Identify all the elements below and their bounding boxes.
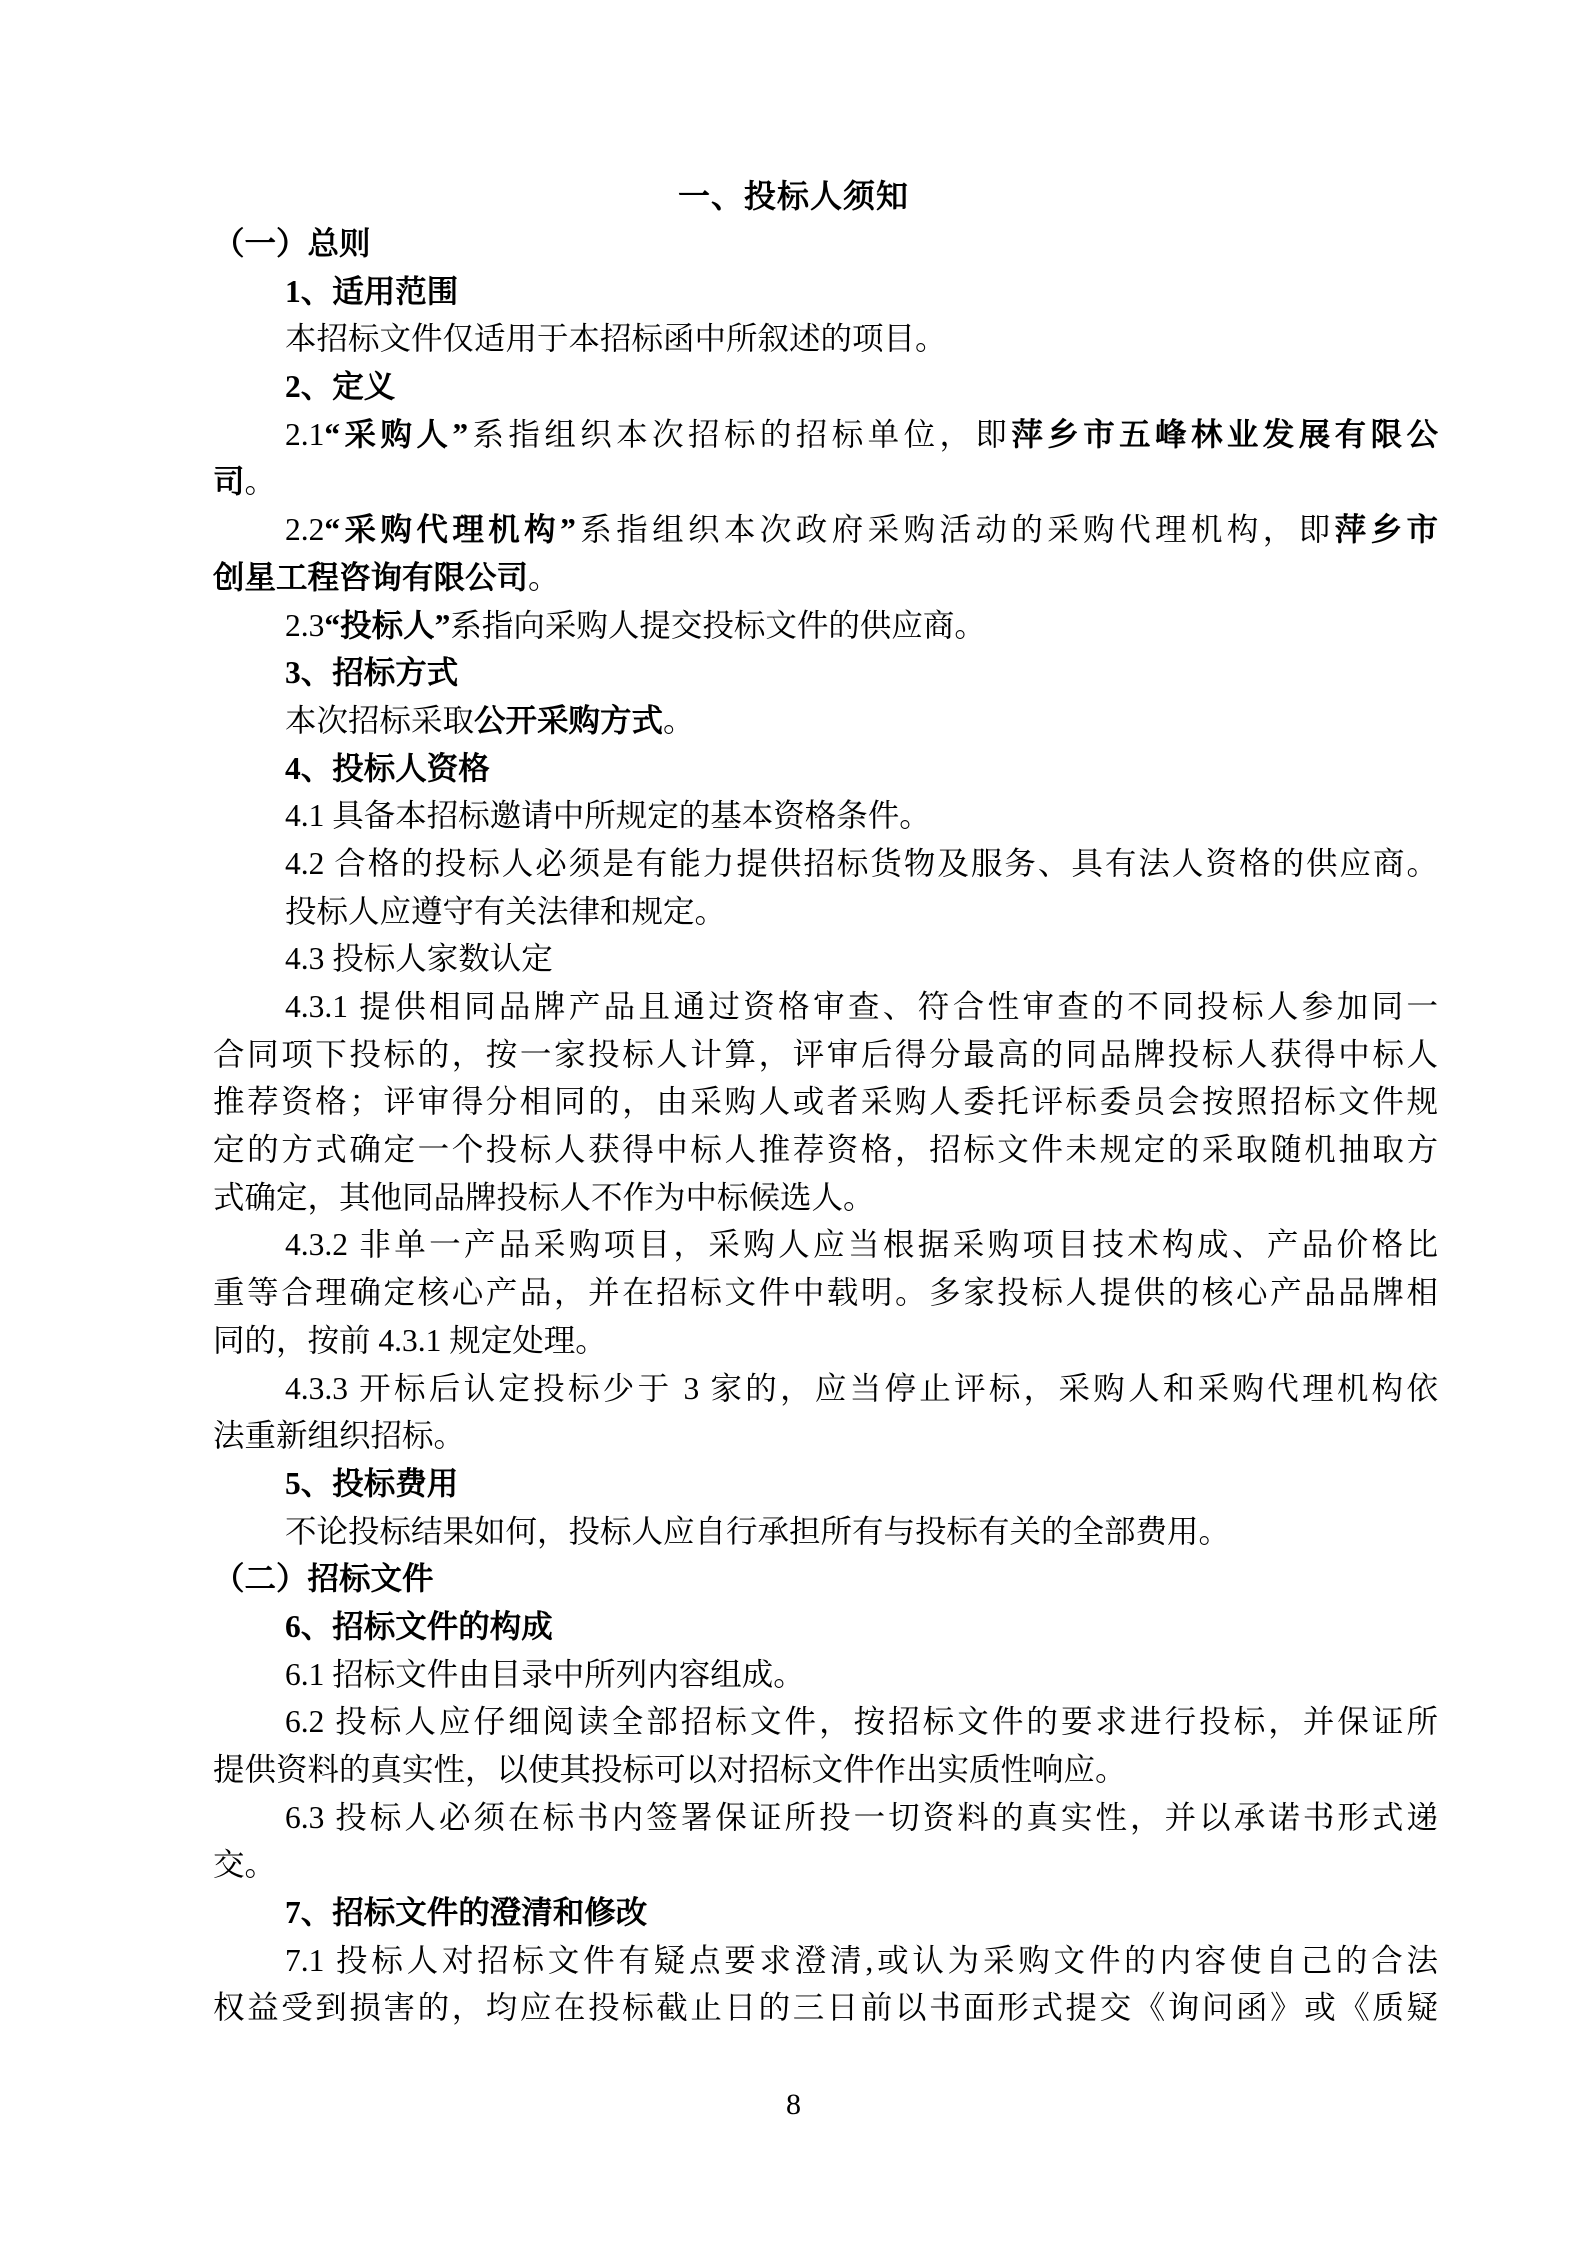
text-line: 2、定义	[213, 363, 1438, 411]
text-line: 3、招标方式	[213, 649, 1438, 697]
text-line: 推荐资格；评审得分相同的，由采购人或者采购人委托评标委员会按照招标文件规	[213, 1078, 1438, 1126]
text-segment: 4.3.3 开标后认定投标少于 3 家的，应当停止评标，采购人和采购代理机构依	[285, 1371, 1438, 1406]
text-segment: 4.2 合格的投标人必须是有能力提供招标货物及服务、具有法人资格的供应商。	[285, 846, 1438, 881]
text-segment: 4.1 具备本招标邀请中所规定的基本资格条件。	[285, 798, 931, 833]
text-line: 6.2 投标人应仔细阅读全部招标文件，按招标文件的要求进行投标，并保证所	[213, 1698, 1438, 1746]
document-body: （一）总则1、适用范围本招标文件仅适用于本招标函中所叙述的项目。2、定义2.1“…	[213, 220, 1438, 2032]
text-line: 4.1 具备本招标邀请中所规定的基本资格条件。	[213, 792, 1438, 840]
text-line: 6.3 投标人必须在标书内签署保证所投一切资料的真实性，并以承诺书形式递	[213, 1794, 1438, 1842]
text-line: 权益受到损害的，均应在投标截止日的三日前以书面形式提交《询问函》或《质疑	[213, 1984, 1438, 2032]
text-segment-bold: “采购代理机构”	[324, 512, 575, 547]
text-line: 本次招标采取公开采购方式。	[213, 697, 1438, 745]
text-segment: 2.1	[285, 417, 324, 452]
text-segment: 式确定，其他同品牌投标人不作为中标候选人。	[213, 1180, 875, 1215]
text-segment-bold: 3、招标方式	[285, 655, 458, 690]
text-line: 7、招标文件的澄清和修改	[213, 1889, 1438, 1937]
text-segment-bold: 萍乡市	[1335, 512, 1438, 547]
text-segment-bold: 7、招标文件的澄清和修改	[285, 1895, 647, 1930]
text-segment: 交。	[213, 1847, 276, 1882]
text-line: 司。	[213, 458, 1438, 506]
text-segment-bold: 1、适用范围	[285, 274, 458, 309]
text-segment: 系指组织本次政府采购活动的采购代理机构，即	[576, 512, 1335, 547]
text-segment-bold: 5、投标费用	[285, 1466, 458, 1501]
text-line: 2.1“采购人”系指组织本次招标的招标单位，即萍乡市五峰林业发展有限公	[213, 411, 1438, 459]
text-segment: 4.3 投标人家数认定	[285, 941, 553, 976]
text-line: 定的方式确定一个投标人获得中标人推荐资格，招标文件未规定的采取随机抽取方	[213, 1126, 1438, 1174]
text-line: 4.2 合格的投标人必须是有能力提供招标货物及服务、具有法人资格的供应商。	[213, 840, 1438, 888]
text-segment: 2.3	[285, 608, 324, 643]
text-line: 5、投标费用	[213, 1460, 1438, 1508]
text-segment: 7.1 投标人对招标文件有疑点要求澄清,或认为采购文件的内容使自己的合法	[285, 1943, 1438, 1978]
text-line: 2.3“投标人”系指向采购人提交投标文件的供应商。	[213, 602, 1438, 650]
text-line: 6、招标文件的构成	[213, 1603, 1438, 1651]
text-line: 合同项下投标的，按一家投标人计算，评审后得分最高的同品牌投标人获得中标人	[213, 1031, 1438, 1079]
text-segment: 本招标文件仅适用于本招标函中所叙述的项目。	[285, 321, 947, 356]
text-segment: 提供资料的真实性，以使其投标可以对招标文件作出实质性响应。	[213, 1752, 1127, 1787]
text-line: 1、适用范围	[213, 268, 1438, 316]
text-segment: 6.1 招标文件由目录中所列内容组成。	[285, 1657, 805, 1692]
text-segment: 合同项下投标的，按一家投标人计算，评审后得分最高的同品牌投标人获得中标人	[213, 1037, 1438, 1072]
text-segment-bold: “采购人”	[324, 417, 468, 452]
page-title: 一、投标人须知	[0, 172, 1587, 220]
text-line: 重等合理确定核心产品，并在招标文件中载明。多家投标人提供的核心产品品牌相	[213, 1269, 1438, 1317]
text-segment: 权益受到损害的，均应在投标截止日的三日前以书面形式提交《询问函》或《质疑	[213, 1990, 1438, 2025]
page-number: 8	[0, 2081, 1587, 2129]
text-line: 7.1 投标人对招标文件有疑点要求澄清,或认为采购文件的内容使自己的合法	[213, 1937, 1438, 1985]
text-segment-bold: 4、投标人资格	[285, 751, 490, 786]
text-line: 4.3.2 非单一产品采购项目，采购人应当根据采购项目技术构成、产品价格比	[213, 1221, 1438, 1269]
text-line: 不论投标结果如何，投标人应自行承担所有与投标有关的全部费用。	[213, 1508, 1438, 1556]
text-line: 交。	[213, 1841, 1438, 1889]
text-segment: 本次招标采取	[285, 703, 474, 738]
text-segment-bold: 2、定义	[285, 369, 395, 404]
text-segment: 2.2	[285, 512, 324, 547]
text-segment: 不论投标结果如何，投标人应自行承担所有与投标有关的全部费用。	[285, 1514, 1230, 1549]
text-segment: 6.2 投标人应仔细阅读全部招标文件，按招标文件的要求进行投标，并保证所	[285, 1704, 1438, 1739]
text-line: 4.3.1 提供相同品牌产品且通过资格审查、符合性审查的不同投标人参加同一	[213, 983, 1438, 1031]
text-segment-bold: （一）总则	[213, 226, 371, 261]
text-line: 式确定，其他同品牌投标人不作为中标候选人。	[213, 1174, 1438, 1222]
text-line: 创星工程咨询有限公司。	[213, 554, 1438, 602]
text-line: 本招标文件仅适用于本招标函中所叙述的项目。	[213, 315, 1438, 363]
text-segment: 同的，按前 4.3.1 规定处理。	[213, 1323, 607, 1358]
text-line: 4、投标人资格	[213, 745, 1438, 793]
text-line: 2.2“采购代理机构”系指组织本次政府采购活动的采购代理机构，即萍乡市	[213, 506, 1438, 554]
text-segment: 重等合理确定核心产品，并在招标文件中载明。多家投标人提供的核心产品品牌相	[213, 1275, 1438, 1310]
text-segment-bold: 司	[213, 464, 245, 499]
text-segment-bold: 创星工程咨询有限公司	[213, 560, 528, 595]
text-segment: 6.3 投标人必须在标书内签署保证所投一切资料的真实性，并以承诺书形式递	[285, 1800, 1438, 1835]
text-line: 4.3 投标人家数认定	[213, 935, 1438, 983]
text-segment-bold: （二）招标文件	[213, 1561, 434, 1596]
text-line: 提供资料的真实性，以使其投标可以对招标文件作出实质性响应。	[213, 1746, 1438, 1794]
text-segment-bold: 公开采购方式	[474, 703, 663, 738]
text-segment: 。	[245, 464, 277, 499]
text-line: 同的，按前 4.3.1 规定处理。	[213, 1317, 1438, 1365]
text-line: 6.1 招标文件由目录中所列内容组成。	[213, 1651, 1438, 1699]
text-segment-bold: 6、招标文件的构成	[285, 1609, 553, 1644]
text-segment: 定的方式确定一个投标人获得中标人推荐资格，招标文件未规定的采取随机抽取方	[213, 1132, 1438, 1167]
text-segment: 4.3.2 非单一产品采购项目，采购人应当根据采购项目技术构成、产品价格比	[285, 1227, 1438, 1262]
text-line: 4.3.3 开标后认定投标少于 3 家的，应当停止评标，采购人和采购代理机构依	[213, 1365, 1438, 1413]
text-segment: 系指组织本次招标的招标单位，即	[468, 417, 1011, 452]
text-segment-bold: 萍乡市五峰林业发展有限公	[1011, 417, 1438, 452]
text-segment: 4.3.1 提供相同品牌产品且通过资格审查、符合性审查的不同投标人参加同一	[285, 989, 1438, 1024]
text-segment: 系指向采购人提交投标文件的供应商。	[450, 608, 986, 643]
text-line: 投标人应遵守有关法律和规定。	[213, 888, 1438, 936]
document-page: 一、投标人须知 （一）总则1、适用范围本招标文件仅适用于本招标函中所叙述的项目。…	[0, 0, 1587, 2245]
text-line: （一）总则	[213, 220, 1438, 268]
text-segment: 投标人应遵守有关法律和规定。	[285, 894, 726, 929]
text-segment: 。	[528, 560, 560, 595]
text-line: 法重新组织招标。	[213, 1412, 1438, 1460]
text-segment: 法重新组织招标。	[213, 1418, 465, 1453]
text-segment: 推荐资格；评审得分相同的，由采购人或者采购人委托评标委员会按照招标文件规	[213, 1084, 1438, 1119]
text-segment: 。	[663, 703, 695, 738]
text-line: （二）招标文件	[213, 1555, 1438, 1603]
text-segment-bold: “投标人”	[324, 608, 450, 643]
